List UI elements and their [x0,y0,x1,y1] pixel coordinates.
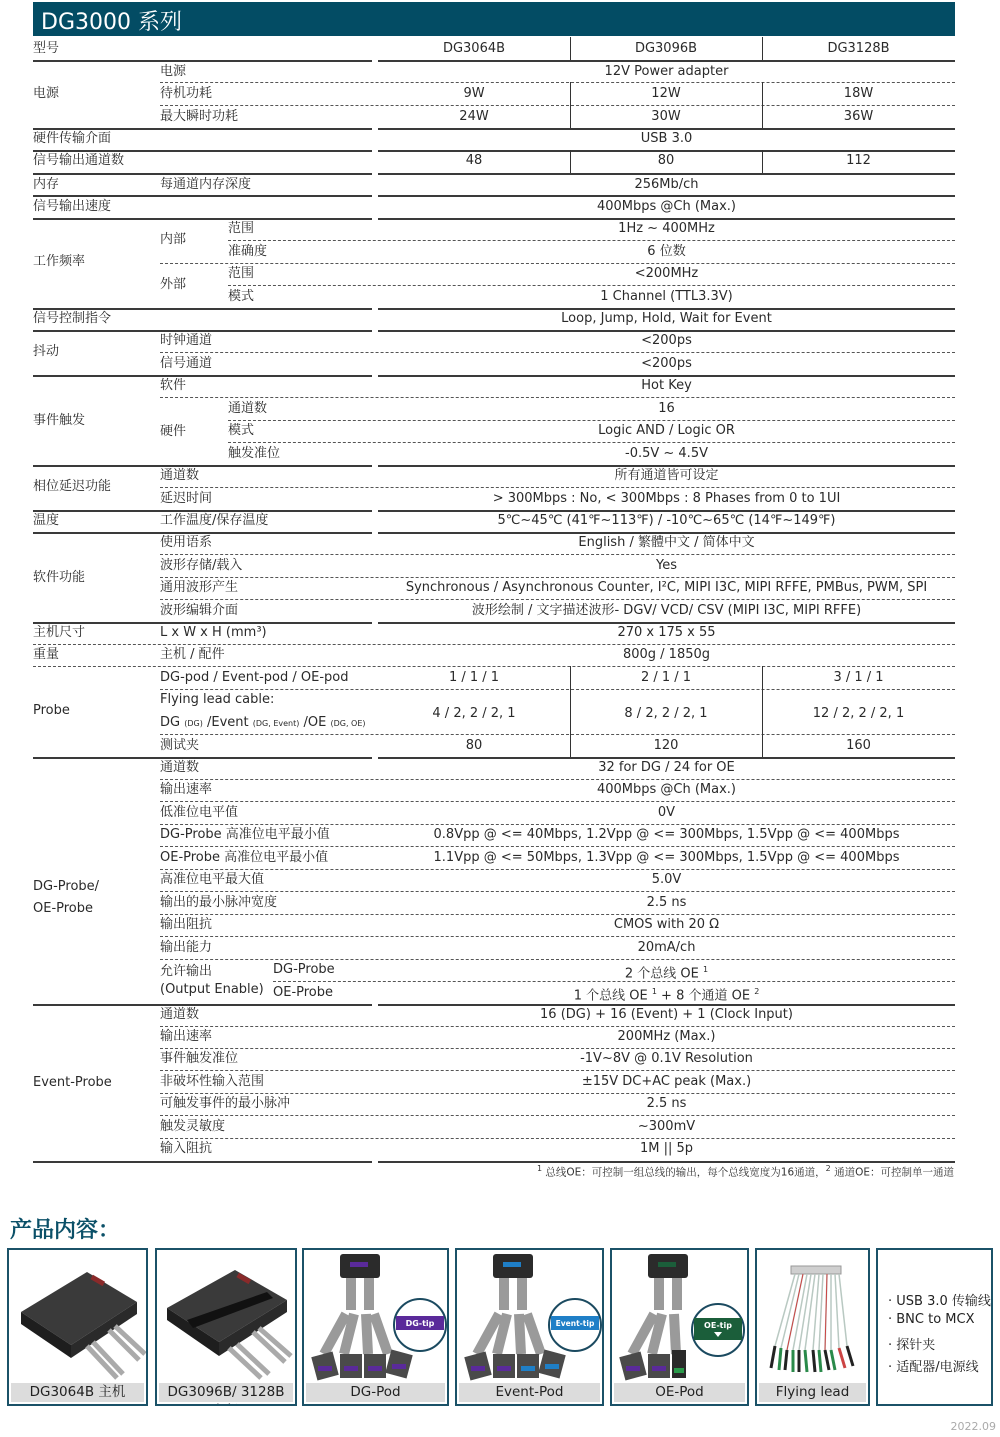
spec-value: 0.8Vpp @ <= 40Mbps, 1.2Vpp @ <= 300Mbps,… [378,827,955,843]
row-divider-dashed [160,577,955,578]
row-divider-dashed [228,285,955,286]
spec-label: 输出速率 [160,1029,212,1045]
row-divider [33,150,372,152]
spec-value: -0.5V ~ 4.5V [378,446,955,462]
row-divider [378,173,955,175]
spec-label: 信号通道 [160,356,212,372]
row-divider-dashed [33,666,955,667]
row-divider [33,218,372,220]
spec-value: 18W [762,86,955,102]
group-label: 信号输出通道数 [33,153,124,169]
spec-label: 模式 [228,423,254,439]
spec-label: 输出能力 [160,940,212,956]
event-pod-image: Event-tip [457,1250,602,1382]
spec-value: 4 / 2, 2 / 2, 1 [378,706,570,722]
spec-label: 输入阻抗 [160,1141,212,1157]
spec-value: USB 3.0 [378,131,955,147]
spec-value: 1.1Vpp @ <= 50Mbps, 1.3Vpp @ <= 300Mbps,… [378,850,955,866]
dg-pod-image: DG-tip [304,1250,447,1382]
spec-label: 每通道内存深度 [160,177,251,193]
row-divider [33,375,372,377]
row-divider [33,128,372,130]
spec-value: English / 繁體中文 / 简体中文 [378,535,955,551]
row-divider [378,465,955,467]
spec-value: 1 Channel (TTL3.3V) [378,289,955,305]
spec-value: 1Hz ~ 400MHz [378,221,955,237]
spec-value: 16 (DG) + 16 (Event) + 1 (Clock Input) [378,1007,955,1023]
group-label: 主机尺寸 [33,625,85,641]
spec-value: 32 for DG / 24 for OE [378,760,955,776]
flying-lead-cable-image [757,1250,868,1382]
row-divider [378,510,955,512]
spec-label: 允许输出 [160,964,212,980]
spec-value: 112 [762,153,955,169]
spec-label: OE-Probe 高准位电平最小值 [160,850,328,866]
spec-label: 波形编辑介面 [160,603,238,619]
column-divider [570,37,571,60]
spec-label: 模式 [228,289,254,305]
spec-label: 待机功耗 [160,86,212,102]
spec-value: ~300mV [378,1119,955,1135]
spec-label: (Output Enable) [160,982,264,998]
column-divider [762,150,763,173]
model-name: DG3064B [378,41,570,57]
spec-label: 最大瞬时功耗 [160,109,238,125]
spec-value: 12V Power adapter [378,64,955,80]
row-divider-dashed [160,936,955,937]
group-label: 重量 [33,647,59,663]
spec-value: ±15V DC+AC peak (Max.) [378,1074,955,1090]
row-divider [378,330,955,332]
title-bar: DG3000 系列 [33,2,955,36]
spec-value: 2 个总线 OE 1 [378,962,955,982]
spec-value: 160 [762,738,955,754]
spec-label: 工作温度/保存温度 [160,513,268,529]
accessory-item: · 探针夹 [888,1334,935,1353]
spec-value: 120 [570,738,762,754]
spec-label: 输出速率 [160,782,212,798]
product-card-event-pod: Event-tip Event-Pod [455,1248,604,1406]
product-caption: DG3064B 主机 [11,1383,144,1402]
row-divider-dashed [160,801,955,802]
spec-label: 范围 [228,266,254,282]
group-label: Event-Probe [33,1075,112,1091]
product-caption: DG3096B/ 3128B 主机 [159,1383,293,1402]
dg3064b-unit-image [9,1250,146,1382]
spec-value: 2.5 ns [378,895,955,911]
row-divider [378,60,955,62]
spec-label: 通用波形产生 [160,580,238,596]
spec-value: <200ps [378,356,955,372]
spec-label: 触发准位 [228,446,280,462]
product-caption: OE-Pod [614,1383,745,1402]
product-card-flying-lead: Flying lead cable [755,1248,870,1406]
spec-value: 12 / 2, 2 / 2, 1 [762,706,955,722]
spec-value: 0V [378,805,955,821]
spec-value: Yes [378,558,955,574]
event-tip-badge: Event-tip [556,1319,595,1328]
document-date: 2022.09 [951,1420,997,1433]
spec-value: 1 个总线 OE 1 + 8 个通道 OE 2 [378,984,955,1004]
row-divider-dashed [160,554,955,555]
spec-value: 48 [378,153,570,169]
row-divider-dashed [160,914,955,915]
row-divider [378,1161,955,1163]
row-divider [378,532,955,534]
column-divider [762,666,763,757]
spec-value: 24W [378,109,570,125]
group-label: 信号控制指令 [33,311,111,327]
group-label: 温度 [33,513,59,529]
spec-label: 主机 / 配件 [160,647,225,663]
row-divider-dashed [160,1026,955,1027]
row-divider-dashed [160,824,955,825]
spec-label: DG (DG) /Event (DG, Event) /OE (DG, OE) [160,715,366,732]
accessories-card: · USB 3.0 传输线 · BNC to MCX · 探针夹 · 适配器/电… [876,1248,993,1406]
spec-label: 事件触发准位 [160,1051,238,1067]
row-divider [378,195,955,197]
footnote: 1 总线OE：可控制一组总线的输出，每个总线宽度为16通道，2 通道OE：可控制… [537,1164,954,1180]
column-divider [762,37,763,60]
spec-value: 1M || 5p [378,1141,955,1157]
spec-value: 30W [570,109,762,125]
group-label: 软件功能 [33,570,85,586]
row-divider [33,465,372,467]
product-card-dg3064b: DG3064B 主机 [7,1248,148,1406]
spec-label: 输出的最小脉冲宽度 [160,895,277,911]
spec-value: 16 [378,401,955,417]
row-divider-dashed [160,397,955,398]
group-label: 相位延迟功能 [33,479,111,495]
product-card-oe-pod: OE-tip OE-Pod [610,1248,749,1406]
spec-value: Synchronous / Asynchronous Counter, I²C,… [378,580,955,596]
spec-value: 270 x 175 x 55 [378,625,955,641]
dg3096b-unit-image [157,1250,295,1382]
spec-value: 200MHz (Max.) [378,1029,955,1045]
spec-value: CMOS with 20 Ω [378,917,955,933]
group-label: 事件触发 [33,413,85,429]
spec-value: 36W [762,109,955,125]
row-divider-dashed [160,1138,955,1139]
spec-label: 电源 [160,64,186,80]
oe-tip-badge: OE-tip [704,1321,732,1330]
spec-label: 非破坏性输入范围 [160,1074,264,1090]
row-divider-dashed [160,352,955,353]
group-label: 内存 [33,177,59,193]
row-divider-dashed [160,263,955,264]
spec-label: 内部 [160,232,186,248]
spec-label: 软件 [160,378,186,394]
row-divider-dashed [228,420,955,421]
spec-value: 波形绘制 / 文字描述波形- DGV/ VCD/ CSV (MIPI I3C, … [378,603,955,619]
row-divider [33,757,372,759]
spec-value: 400Mbps @Ch (Max.) [378,782,955,798]
row-divider-dashed [160,487,955,488]
row-divider-dashed [33,644,955,645]
spec-value: 256Mb/ch [378,177,955,193]
spec-value: 6 位数 [378,244,955,260]
row-divider [378,150,955,152]
row-divider-dashed [273,981,955,982]
spec-value: 20mA/ch [378,940,955,956]
spec-value: 80 [570,153,762,169]
row-divider [378,308,955,310]
model-name: DG3128B [762,41,955,57]
model-name: DG3096B [570,41,762,57]
spec-value: 400Mbps @Ch (Max.) [378,199,955,215]
dg-tip-badge: DG-tip [406,1319,435,1328]
spec-value: 1 / 1 / 1 [378,670,570,686]
product-caption: Flying lead cable [759,1383,866,1402]
group-label: 工作频率 [33,254,85,270]
row-divider-dashed [160,959,955,960]
row-divider-dashed [160,689,955,690]
spec-label: 触发灵敏度 [160,1119,225,1135]
row-divider [33,195,372,197]
model-label: 型号 [33,41,59,57]
row-divider [33,1004,372,1006]
page-title: DG3000 系列 [41,5,182,36]
row-divider-dashed [160,1070,955,1071]
spec-label: 延迟时间 [160,491,212,507]
row-divider [33,510,372,512]
column-divider [570,666,571,757]
row-divider-dashed [160,734,955,735]
product-card-dg-pod: DG-tip DG-Pod [302,1248,449,1406]
row-divider-dashed [160,779,955,780]
spec-label: 通道数 [160,468,199,484]
group-label: 抖动 [33,344,59,360]
spec-label: 低准位电平值 [160,805,238,821]
group-label: 硬件传输介面 [33,131,111,147]
spec-value: 5℃~45℃ (41℉~113℉) / -10℃~65℃ (14℉~149℉) [378,513,955,529]
oe-pod-image: OE-tip [612,1250,747,1382]
row-divider-dashed [160,1048,955,1049]
spec-value: 80 [378,738,570,754]
row-divider [33,173,372,175]
group-label: Probe [33,703,70,719]
spec-value: Hot Key [378,378,955,394]
column-divider [570,82,571,128]
accessory-item: · BNC to MCX [888,1312,975,1327]
spec-label: 输出阻抗 [160,917,212,933]
spec-label: 测试夹 [160,738,199,754]
group-label: 信号输出速度 [33,199,111,215]
spec-label: 通道数 [228,401,267,417]
spec-value: <200ps [378,333,955,349]
product-card-dg3096b: DG3096B/ 3128B 主机 [155,1248,297,1406]
row-divider-dashed [160,599,955,600]
accessory-item: · USB 3.0 传输线 [888,1290,991,1309]
row-divider [378,757,955,759]
column-divider [570,150,571,173]
row-divider-dashed [160,105,955,106]
row-divider [33,532,372,534]
spec-label: 通道数 [160,760,199,776]
spec-label: DG-pod / Event-pod / OE-pod [160,670,349,686]
spec-label: 范围 [228,221,254,237]
spec-value: -1V~8V @ 0.1V Resolution [378,1051,955,1067]
row-divider [378,622,955,624]
spec-value: Logic AND / Logic OR [378,423,955,439]
row-divider-dashed [160,846,955,847]
product-caption: DG-Pod [306,1383,445,1402]
spec-label: L x W x H (mm³) [160,625,267,641]
spec-value: 800g / 1850g [378,647,955,663]
spec-label: 通道数 [160,1007,199,1023]
spec-label: 外部 [160,277,186,293]
row-divider [33,1161,372,1163]
row-divider [33,308,372,310]
row-divider [378,375,955,377]
spec-label: 时钟通道 [160,333,212,349]
row-divider [378,218,955,220]
spec-value: > 300Mbps : No, < 300Mbps : 8 Phases fro… [378,491,955,507]
spec-value: <200MHz [378,266,955,282]
row-divider-dashed [160,1115,955,1116]
row-divider [33,330,372,332]
spec-value: 2 / 1 / 1 [570,670,762,686]
row-divider [378,128,955,130]
product-caption: Event-Pod [459,1383,600,1402]
group-label: OE-Probe [33,901,93,917]
row-divider-dashed [228,442,955,443]
row-divider [33,622,372,624]
spec-label: 准确度 [228,244,267,260]
column-divider [762,82,763,128]
spec-label: 波形存储/载入 [160,558,242,574]
row-divider-dashed [228,240,955,241]
spec-value: 5.0V [378,872,955,888]
row-divider [378,1004,955,1006]
spec-value: 2.5 ns [378,1096,955,1112]
spec-value: Loop, Jump, Hold, Wait for Event [378,311,955,327]
spec-value: 9W [378,86,570,102]
spec-value: 12W [570,86,762,102]
spec-value: 所有通道皆可设定 [378,468,955,484]
spec-label: DG-Probe [273,962,335,978]
spec-value: 8 / 2, 2 / 2, 1 [570,706,762,722]
contents-title: 产品内容： [10,1213,120,1244]
spec-label: Flying lead cable: [160,692,274,708]
accessory-item: · 适配器/电源线 [888,1356,979,1375]
spec-label: 使用语系 [160,535,212,551]
spec-label: OE-Probe [273,985,333,1001]
row-divider-dashed [160,869,955,870]
row-divider-dashed [160,82,955,83]
spec-label: DG-Probe 高准位电平最小值 [160,827,330,843]
spec-label: 硬件 [160,424,186,440]
row-divider [33,60,372,62]
spec-label: 可触发事件的最小脉冲 [160,1096,290,1112]
group-label: 电源 [33,86,59,102]
spec-value: 3 / 1 / 1 [762,670,955,686]
row-divider-dashed [160,891,955,892]
group-label: DG-Probe/ [33,879,99,895]
spec-label: 高准位电平最大值 [160,872,264,888]
row-divider-dashed [160,1093,955,1094]
